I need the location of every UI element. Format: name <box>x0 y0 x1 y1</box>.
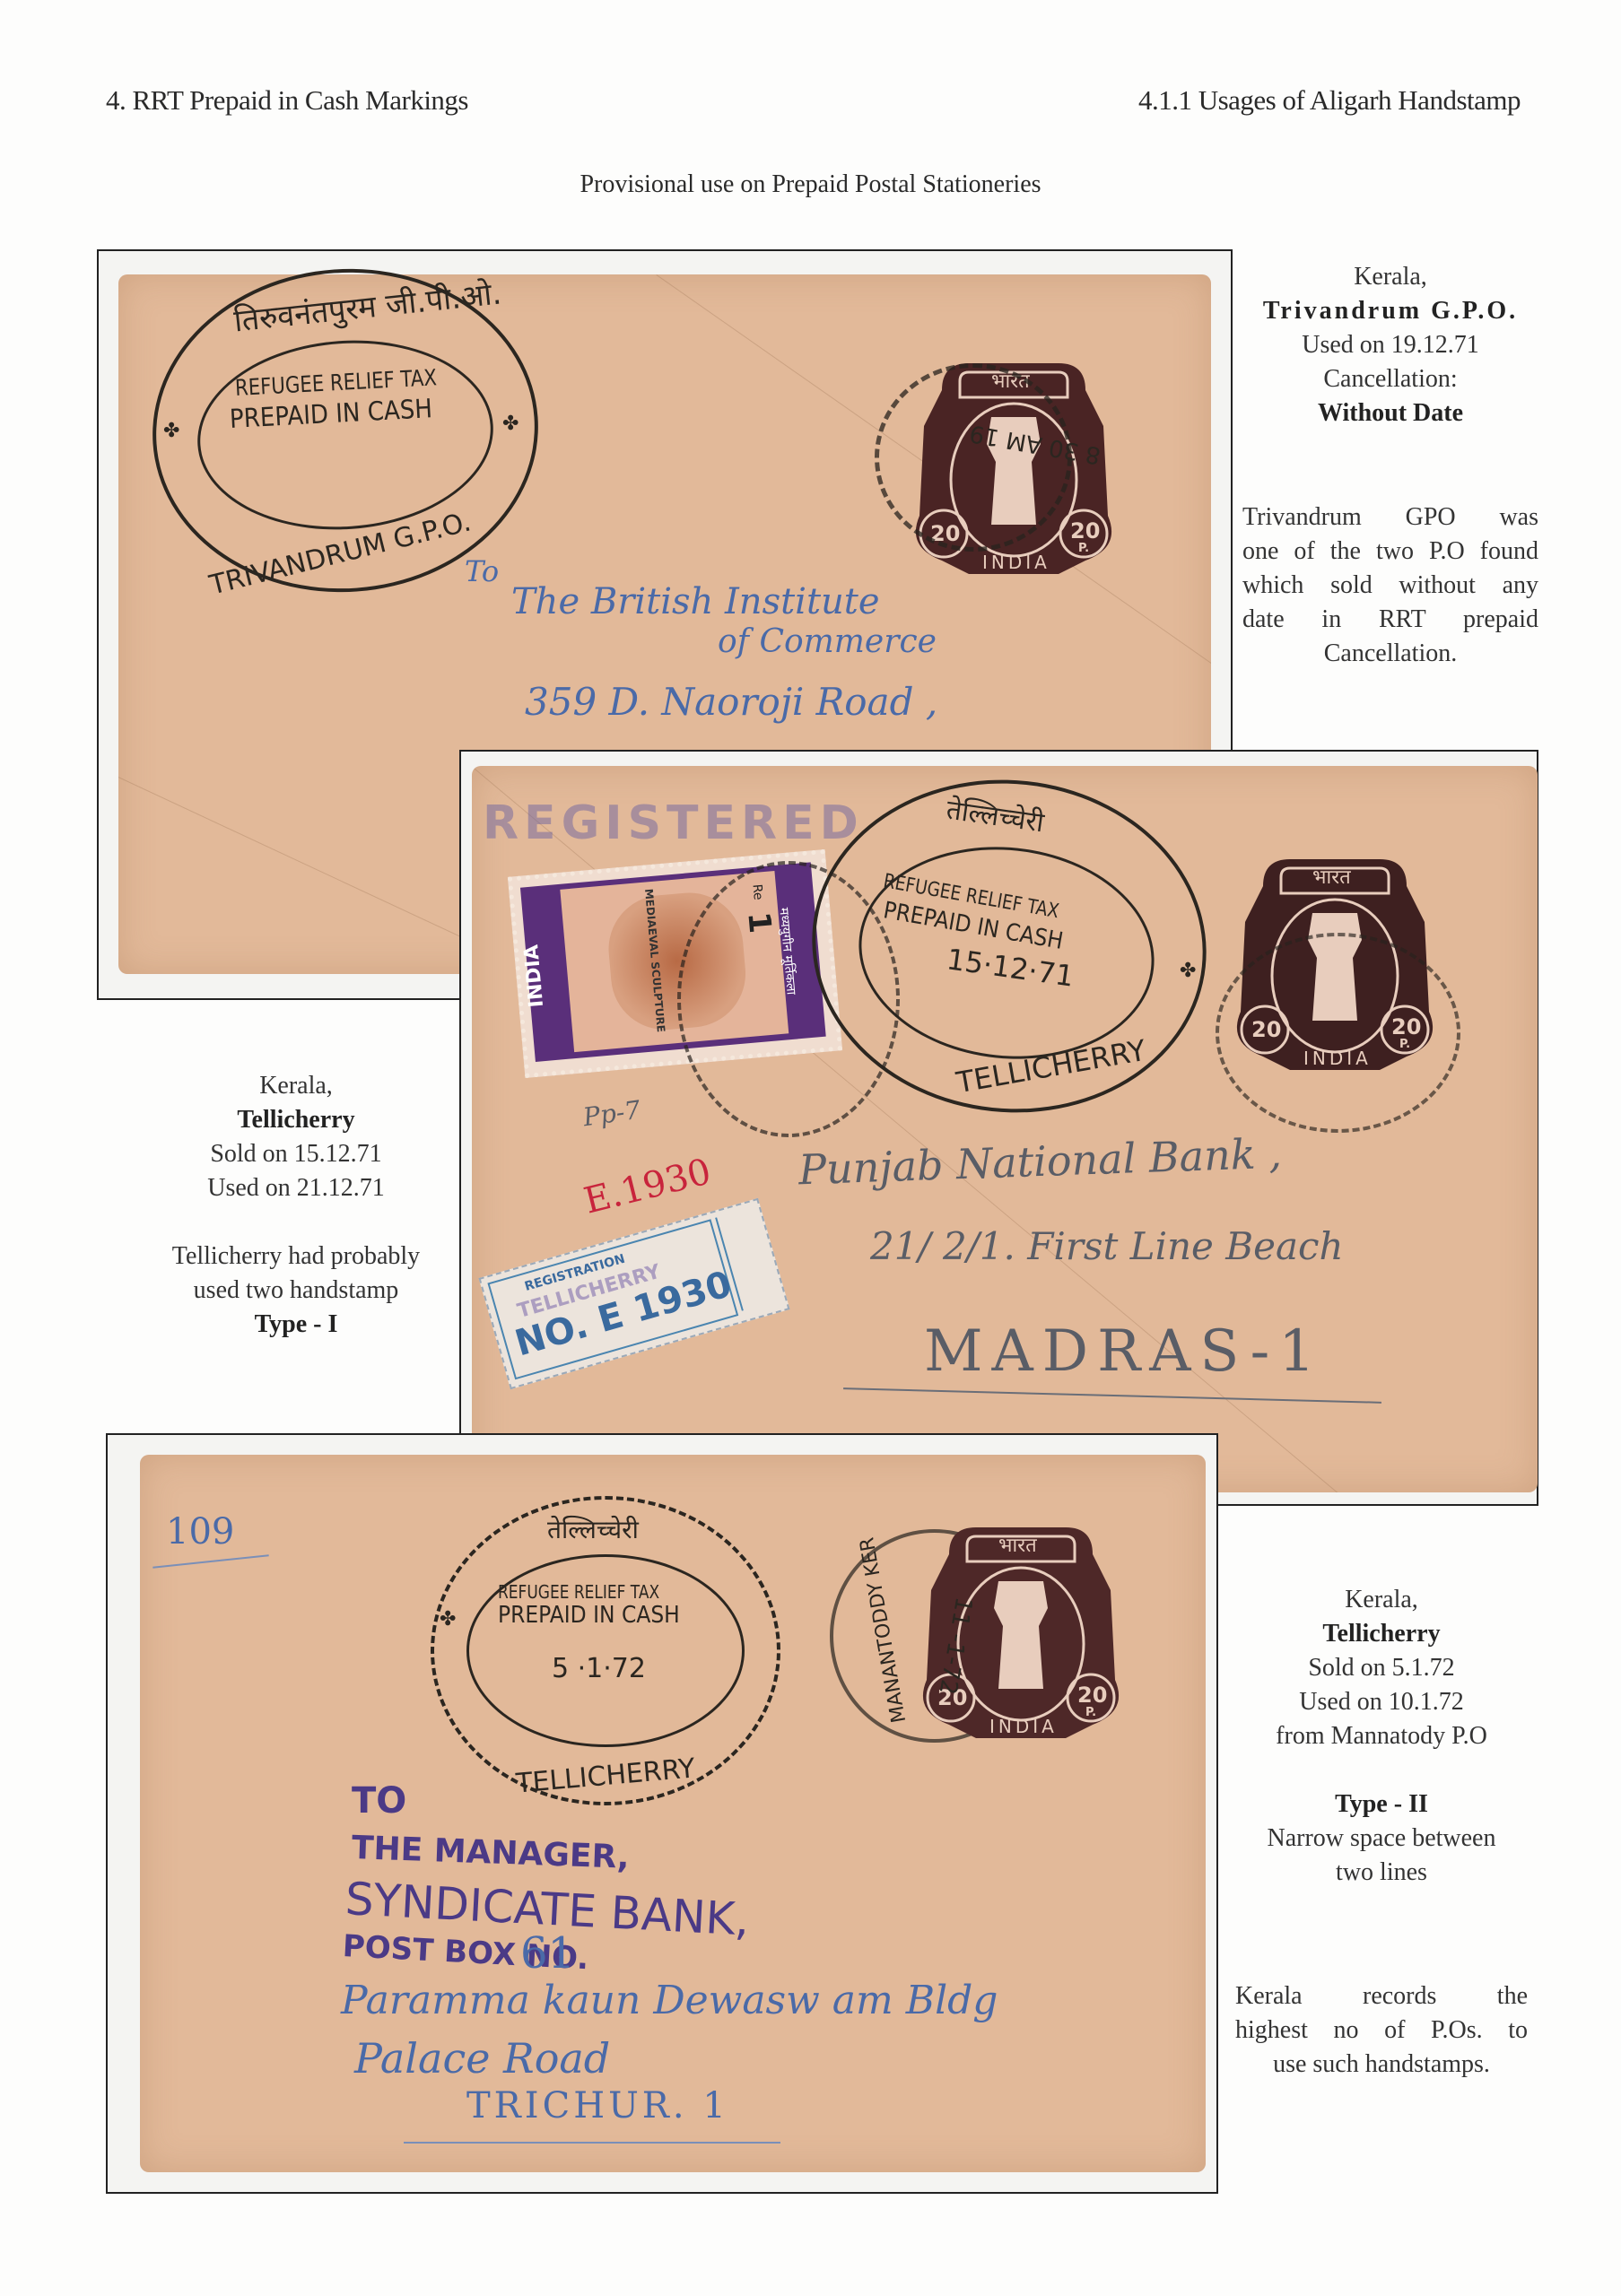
desc-note-line: Kerala records the <box>1224 1979 1538 2013</box>
desc-note-line: Tellicherry had probably <box>135 1239 458 1274</box>
desc-note-line: used two handstamp <box>135 1274 458 1308</box>
address-salutation: To <box>465 554 499 588</box>
post-box-number: 61 <box>520 1928 575 1979</box>
desc-state: Kerala, <box>1242 260 1538 294</box>
flower-ornament-icon: ✤ <box>502 413 519 435</box>
address-handwritten-line: Palace Road <box>354 2034 610 2083</box>
flower-ornament-icon: ✤ <box>1180 960 1196 982</box>
address-handwritten-line: Paramma kaun Dewasw am Bldg <box>341 1978 998 2023</box>
flower-ornament-icon: ✤ <box>163 420 179 442</box>
desc-office: Tellicherry <box>135 1103 458 1137</box>
address-underline <box>404 2142 780 2144</box>
desc-note-line: which sold without any <box>1242 569 1538 603</box>
desc-note-line: date in RRT prepaid <box>1242 603 1538 637</box>
pencil-note: 109 <box>166 1511 234 1552</box>
desc-state: Kerala, <box>135 1069 458 1103</box>
desc-note-line: one of the two P.O found <box>1242 535 1538 569</box>
desc-note-line: Trivandrum GPO was <box>1242 500 1538 535</box>
indicia-unit: P. <box>1085 1706 1096 1719</box>
desc-type: Type - II <box>1224 1787 1538 1822</box>
registered-mark: REGISTERED <box>483 796 864 850</box>
desc-note-line: use such handstamps. <box>1224 2048 1538 2082</box>
address-printed-to: TO <box>352 1780 406 1822</box>
handstamp-top-text: तेल्लिच्चेरी <box>547 1512 639 1546</box>
desc-from: from Mannatody P.O <box>1224 1719 1538 1753</box>
section-title: 4. RRT Prepaid in Cash Markings <box>106 84 468 117</box>
flower-ornament-icon: ✤ <box>440 1608 456 1631</box>
indicia-country: INDIA <box>982 552 1050 573</box>
desc-used-on: Used on 21.12.71 <box>135 1171 458 1205</box>
indicia-hindi: भारत <box>1312 863 1351 890</box>
desc-cancellation-value: Without Date <box>1242 396 1538 430</box>
desc-used-on: Used on 19.12.71 <box>1242 328 1538 362</box>
subsection-title: 4.1.1 Usages of Aligarh Handstamp <box>1138 84 1521 117</box>
desc-cancellation-label: Cancellation: <box>1242 362 1538 396</box>
address-line: 359 D. Naoroji Road , <box>525 680 937 724</box>
desc-sold-on: Sold on 5.1.72 <box>1224 1651 1538 1685</box>
desc-used-on: Used on 10.1.72 <box>1224 1685 1538 1719</box>
address-line: of Commerce <box>718 623 937 660</box>
description-tellicherry-type2: Kerala, Tellicherry Sold on 5.1.72 Used … <box>1224 1583 1538 2082</box>
desc-note-line: highest no of P.Os. to <box>1224 2013 1538 2048</box>
desc-type-note-line: two lines <box>1224 1856 1538 1890</box>
indicia-value-right: 20 <box>1077 1683 1107 1708</box>
indicia-value-right: 20 <box>1070 518 1100 544</box>
description-tellicherry-type1: Kerala, Tellicherry Sold on 15.12.71 Use… <box>135 1069 458 1342</box>
postmark-tellicherry-dated <box>677 861 900 1137</box>
indicia-country: INDIA <box>989 1716 1058 1737</box>
address-line: The British Institute <box>511 581 880 622</box>
rrt-handstamp-tellicherry-type2: तेल्लिच्चेरी REFUGEE RELIEF TAX PREPAID … <box>431 1496 780 1805</box>
desc-office: Trivandrum G.P.O. <box>1242 294 1538 328</box>
page-subtitle: Provisional use on Prepaid Postal Statio… <box>0 170 1621 199</box>
handstamp-date: 5 ·1·72 <box>552 1653 646 1684</box>
desc-note-line: Cancellation. <box>1242 637 1538 671</box>
postmark-tellicherry-indicia <box>1216 933 1460 1133</box>
desc-type-note-line: Narrow space between <box>1224 1822 1538 1856</box>
handstamp-line1: REFUGEE RELIEF TAX <box>498 1581 659 1603</box>
address-line: 21/ 2/1. First Line Beach <box>870 1224 1344 1268</box>
desc-type: Type - I <box>135 1308 458 1342</box>
address-handwritten-line: TRICHUR. 1 <box>466 2085 729 2126</box>
indicia-hindi: भारत <box>998 1531 1037 1558</box>
handstamp-line2: PREPAID IN CASH <box>498 1602 680 1629</box>
desc-sold-on: Sold on 15.12.71 <box>135 1137 458 1171</box>
desc-office: Tellicherry <box>1224 1617 1538 1651</box>
address-line: MADRAS-1 <box>924 1318 1324 1385</box>
indicia-unit: P. <box>1078 542 1089 555</box>
rrt-handstamp-trivandrum: तिरुवनंतपुरम जी.पी.ओ. REFUGEE RELIEF TAX… <box>153 269 538 592</box>
desc-state: Kerala, <box>1224 1583 1538 1617</box>
description-trivandrum: Kerala, Trivandrum G.P.O. Used on 19.12.… <box>1242 260 1538 671</box>
